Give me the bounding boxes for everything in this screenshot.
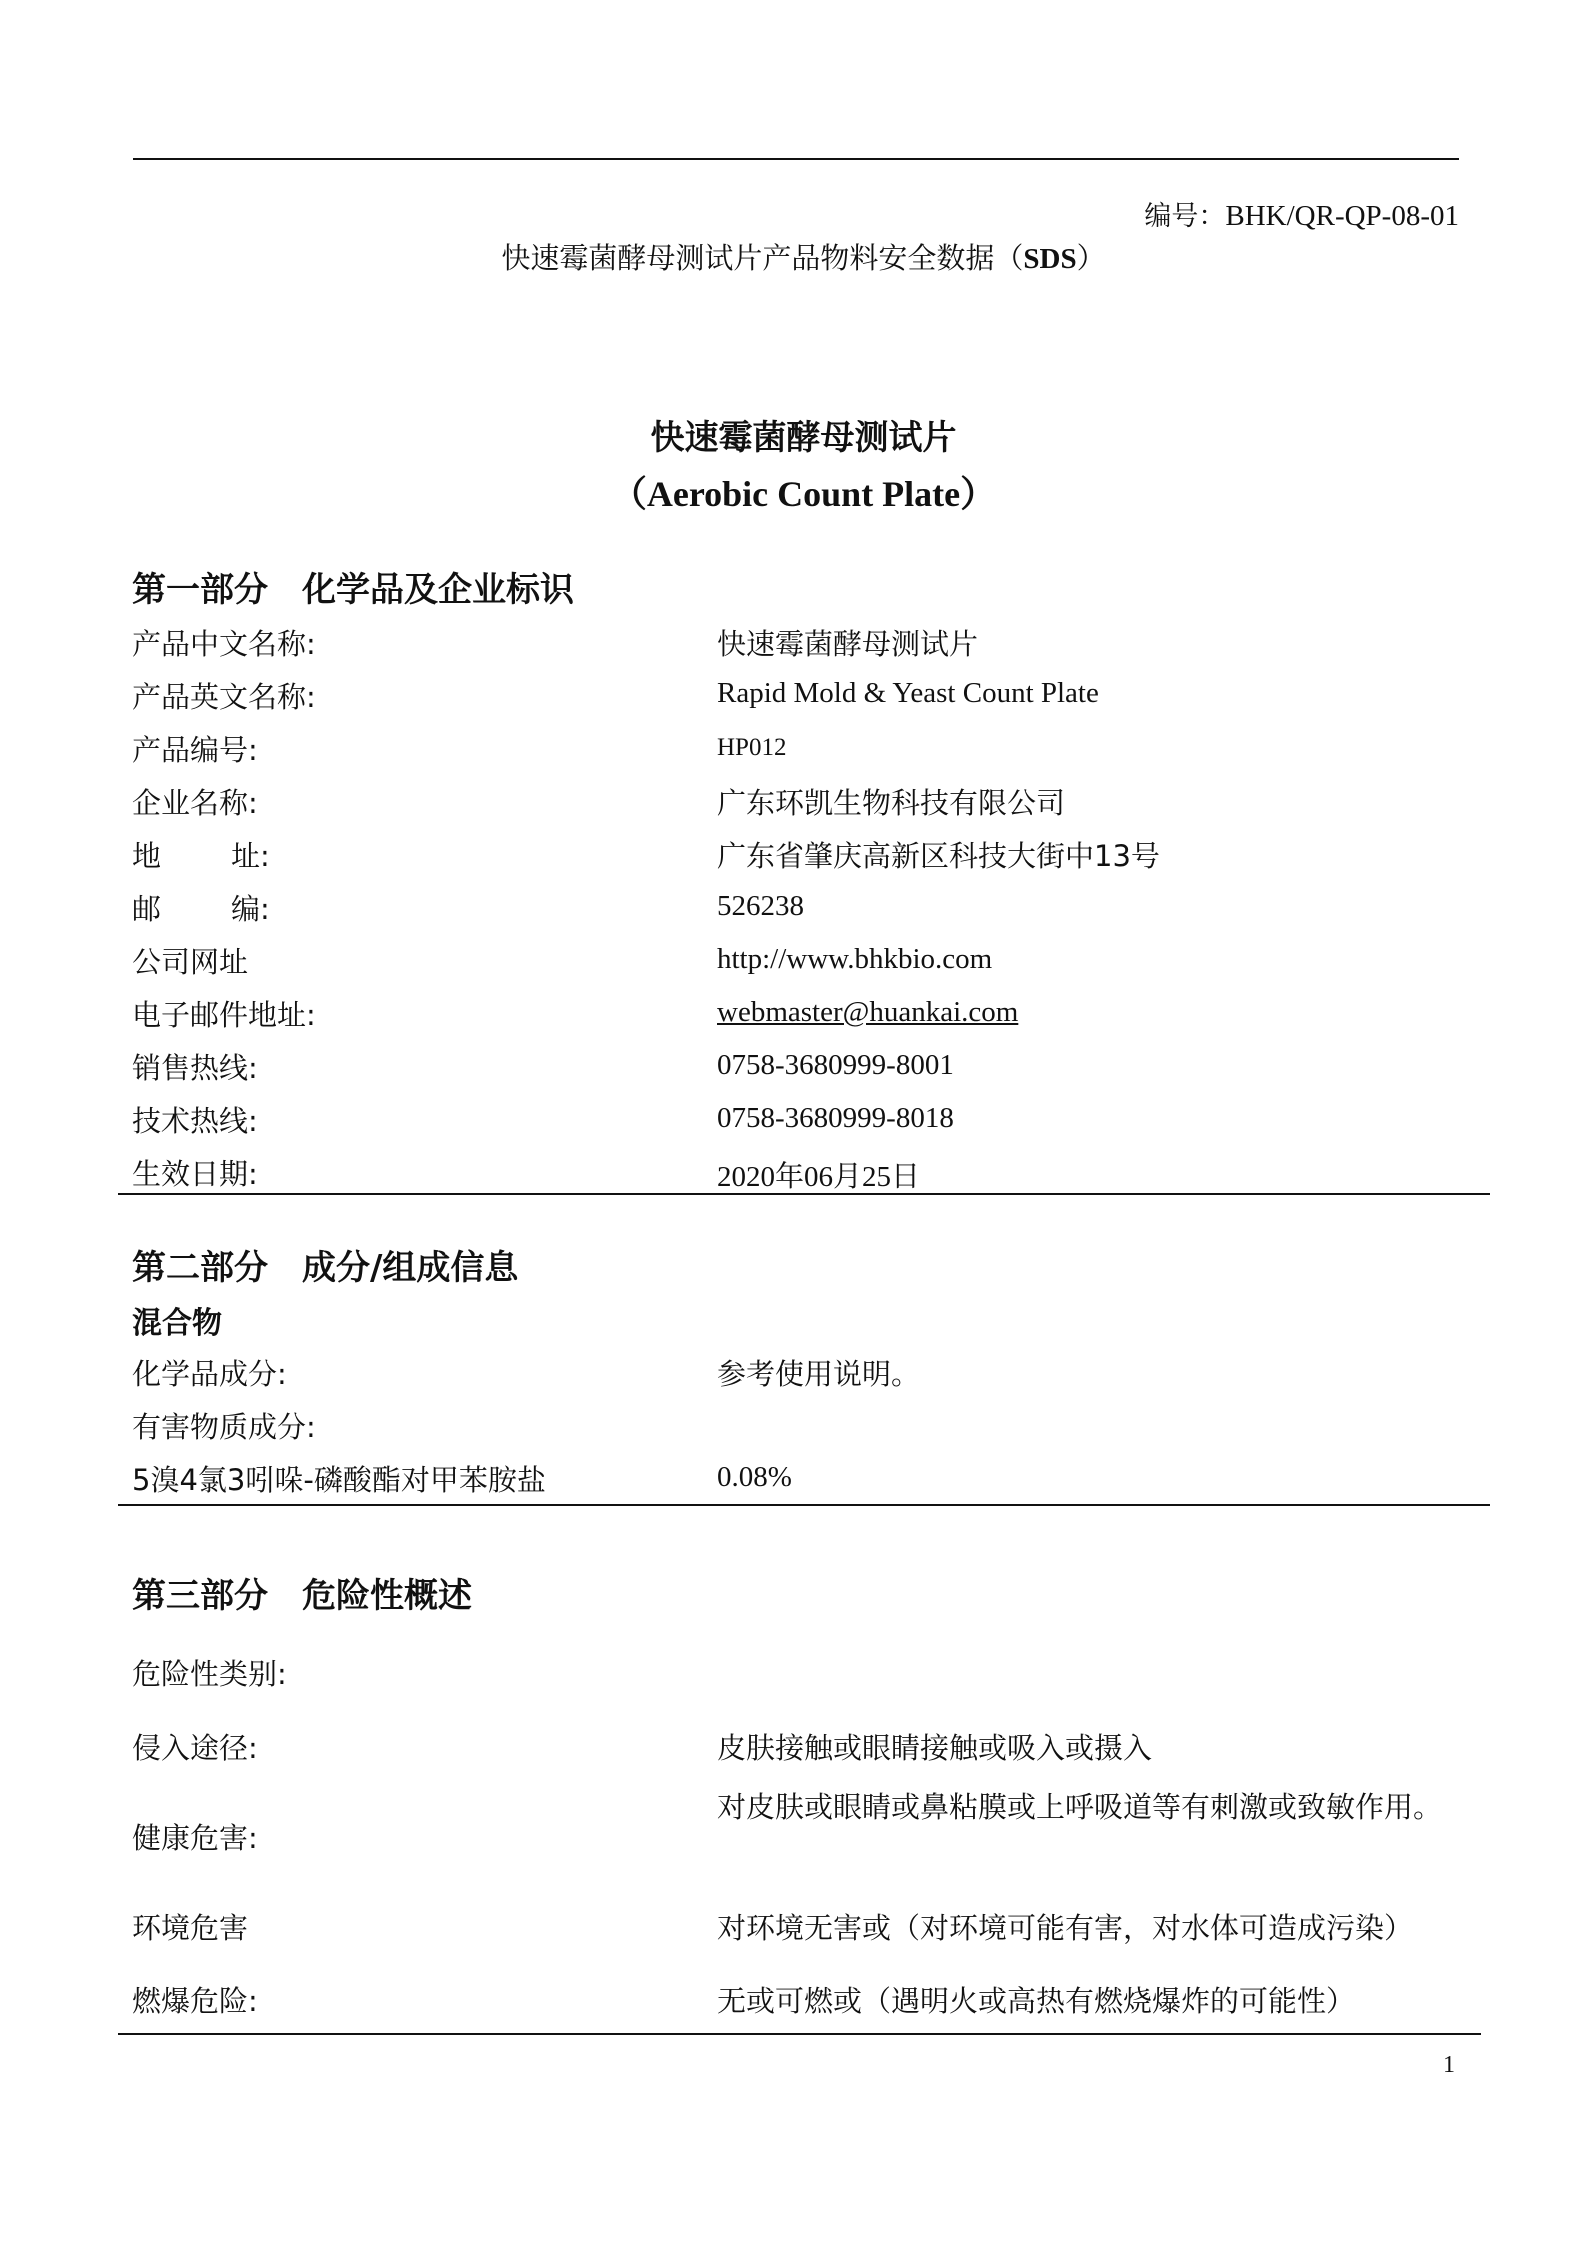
label-entry-route: 侵入途径: xyxy=(132,1726,258,1767)
value-hazardous-substance-concentration: 0.08% xyxy=(717,1461,792,1494)
label-address-char-2: 址: xyxy=(231,839,270,873)
value-address: 广东省肇庆高新区科技大街中13号 xyxy=(717,834,1160,875)
document-code-value: BHK/QR-QP-08-01 xyxy=(1225,200,1459,232)
label-email: 电子邮件地址: xyxy=(132,993,316,1034)
label-website: 公司网址 xyxy=(132,940,248,981)
value-tech-hotline: 0758-3680999-8018 xyxy=(717,1102,954,1135)
value-fire-explosion-hazard: 无或可燃或（遇明火或高热有燃烧爆炸的可能性） xyxy=(717,1979,1355,2020)
label-product-en-name: 产品英文名称: xyxy=(132,675,316,716)
mixture-subheading: 混合物 xyxy=(132,1298,222,1342)
document-code: 编号：BHK/QR-QP-08-01 xyxy=(1144,194,1459,233)
email-link[interactable]: webmaster@huankai.com xyxy=(717,996,1018,1028)
section-1-title: 化学品及企业标识 xyxy=(302,570,574,610)
label-postcode-char-1: 邮 xyxy=(132,892,161,926)
label-company-name: 企业名称: xyxy=(132,781,258,822)
section-3-heading: 第三部分危险性概述 xyxy=(132,1568,472,1617)
sds-title-prefix: 快速霉菌酵母测试片产品物料安全数据（ xyxy=(501,241,1023,275)
label-address-char-1: 地 xyxy=(132,839,161,873)
section-2-title: 成分/组成信息 xyxy=(302,1248,518,1288)
section-2-heading: 第二部分成分/组成信息 xyxy=(132,1240,518,1289)
value-postcode: 526238 xyxy=(717,890,804,923)
value-chemical-composition: 参考使用说明。 xyxy=(717,1352,920,1393)
header-rule xyxy=(133,158,1459,160)
label-hazardous-substance: 5溴4氯3吲哚-磷酸酯对甲苯胺盐 xyxy=(132,1458,546,1499)
value-effective-date: 2020年06月25日 xyxy=(717,1154,920,1195)
product-title: 快速霉菌酵母测试片 xyxy=(0,410,1587,459)
label-postcode: 邮编: xyxy=(132,887,270,928)
page-number: 1 xyxy=(1443,2052,1455,2079)
section-3-title: 危险性概述 xyxy=(302,1576,472,1616)
section-1-divider xyxy=(118,1193,1490,1195)
label-sales-hotline: 销售热线: xyxy=(132,1046,258,1087)
value-entry-route: 皮肤接触或眼睛接触或吸入或摄入 xyxy=(717,1726,1152,1767)
label-environmental-hazard: 环境危害 xyxy=(132,1906,248,1947)
section-1-heading: 第一部分化学品及企业标识 xyxy=(132,562,574,611)
section-2-number: 第二部分 xyxy=(132,1248,268,1288)
value-email[interactable]: webmaster@huankai.com xyxy=(717,996,1018,1029)
label-hazardous-components: 有害物质成分: xyxy=(132,1405,316,1446)
sds-title: 快速霉菌酵母测试片产品物料安全数据（SDS） xyxy=(0,236,1587,277)
value-sales-hotline: 0758-3680999-8001 xyxy=(717,1049,954,1082)
section-3-number: 第三部分 xyxy=(132,1576,268,1616)
label-health-hazard: 健康危害: xyxy=(132,1816,258,1857)
product-subtitle: （Aerobic Count Plate） xyxy=(0,466,1587,517)
section-1-number: 第一部分 xyxy=(132,570,268,610)
label-fire-explosion-hazard: 燃爆危险: xyxy=(132,1979,258,2020)
value-health-hazard: 对皮肤或眼睛或鼻粘膜或上呼吸道等有刺激或致敏作用。 xyxy=(717,1785,1477,1829)
sds-title-abbrev: SDS xyxy=(1023,243,1076,275)
value-website[interactable]: http://www.bhkbio.com xyxy=(717,943,992,976)
label-product-cn-name: 产品中文名称: xyxy=(132,622,316,663)
section-2-divider xyxy=(118,1504,1490,1506)
sds-title-suffix: ） xyxy=(1077,241,1106,275)
value-product-en-name: Rapid Mold & Yeast Count Plate xyxy=(717,677,1099,710)
label-tech-hotline: 技术热线: xyxy=(132,1099,258,1140)
value-product-cn-name: 快速霉菌酵母测试片 xyxy=(717,622,978,663)
label-address: 地址: xyxy=(132,834,270,875)
document-code-label: 编号： xyxy=(1144,201,1225,232)
section-3-divider xyxy=(118,2033,1481,2035)
label-postcode-char-2: 编: xyxy=(231,892,270,926)
label-hazard-category: 危险性类别: xyxy=(132,1652,287,1693)
value-product-code: HP012 xyxy=(717,734,786,762)
value-company-name: 广东环凯生物科技有限公司 xyxy=(717,781,1065,822)
value-environmental-hazard: 对环境无害或（对环境可能有害，对水体可造成污染） xyxy=(717,1906,1413,1947)
label-chemical-composition: 化学品成分: xyxy=(132,1352,287,1393)
label-effective-date: 生效日期: xyxy=(132,1152,258,1193)
label-product-code: 产品编号: xyxy=(132,728,258,769)
